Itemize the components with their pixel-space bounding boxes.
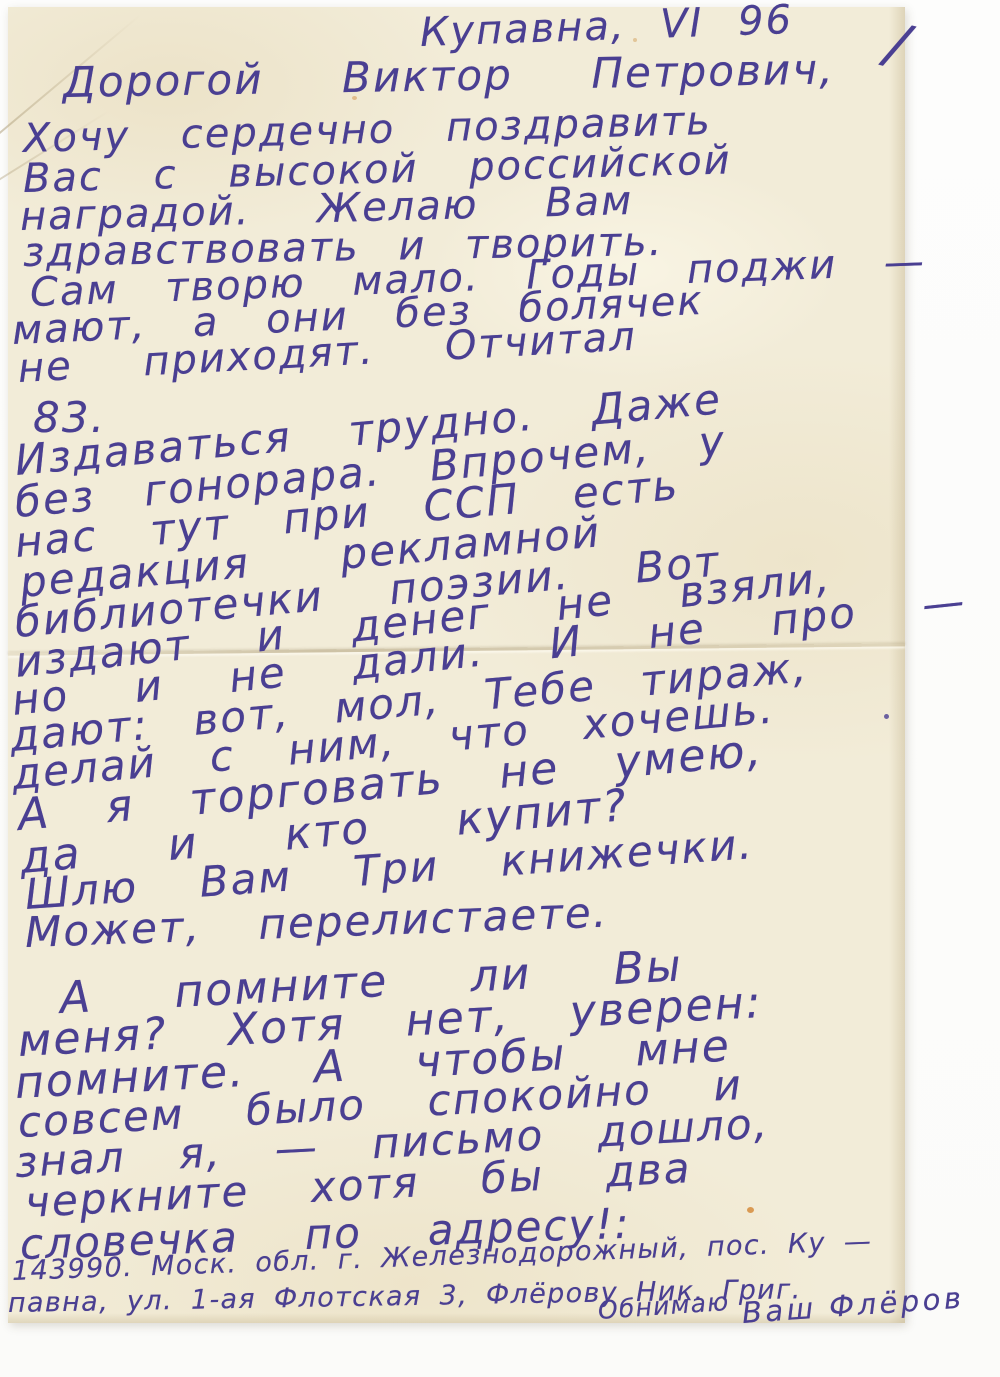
ink-dot [884, 714, 889, 719]
letter-scan: Купавна, VI 96 / Дорогой Виктор Петрович… [0, 0, 1000, 1377]
paper-stain [747, 1207, 754, 1213]
